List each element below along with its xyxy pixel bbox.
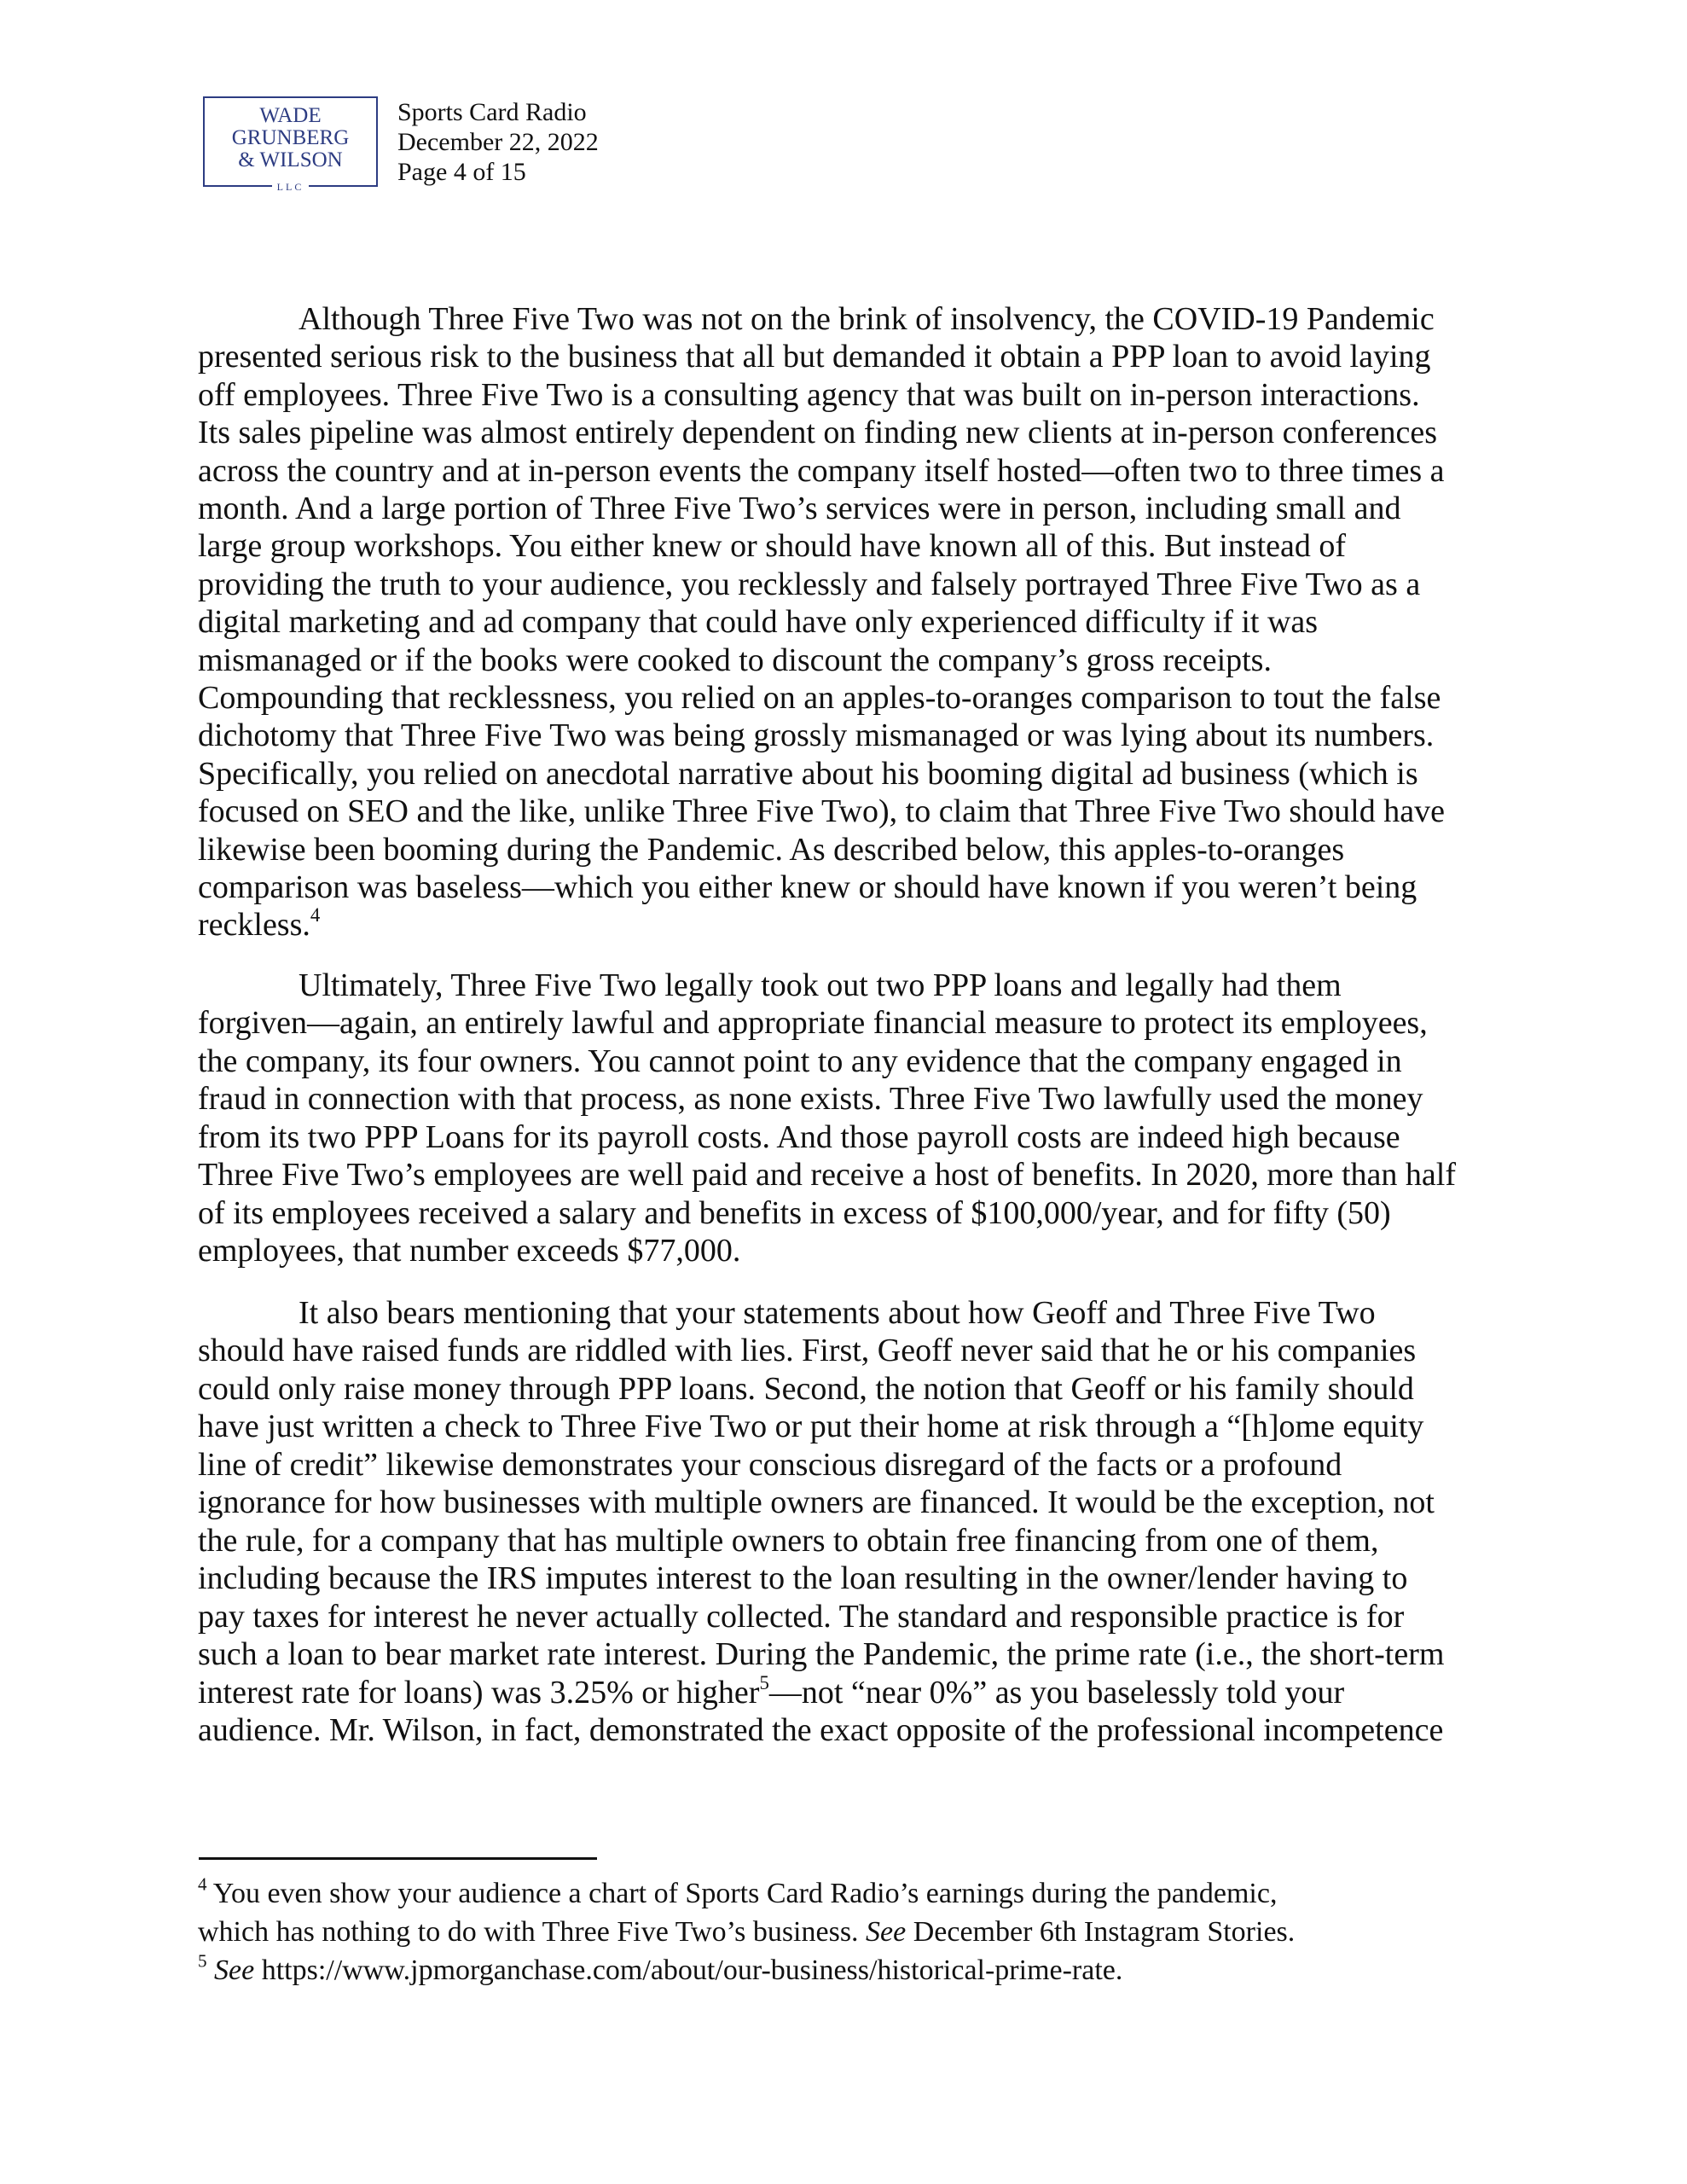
body-line: focused on SEO and the like, unlike Thre… — [198, 793, 1445, 830]
body-line: digital marketing and ad company that co… — [198, 603, 1318, 641]
body-line: from its two PPP Loans for its payroll c… — [198, 1118, 1400, 1156]
footnote-4: 4 You even show your audience a chart of… — [198, 1875, 1277, 1913]
footnote-url[interactable]: https://www.jpmorganchase.com/about/our-… — [254, 1955, 1122, 1986]
logo-line-wade: WADE — [205, 105, 376, 127]
body-line: Three Five Two’s employees are well paid… — [198, 1156, 1456, 1194]
footnote-signal: See — [214, 1955, 254, 1986]
body-line: forgiven—again, an entirely lawful and a… — [198, 1004, 1428, 1042]
body-line: across the country and at in-person even… — [198, 452, 1445, 490]
body-line: likewise been booming during the Pandemi… — [198, 831, 1344, 868]
body-line: could only raise money through PPP loans… — [198, 1370, 1414, 1408]
body-line-text: —not “near 0%” as you baselessly told yo… — [769, 1675, 1344, 1711]
body-line: It also bears mentioning that your state… — [299, 1294, 1376, 1332]
body-line: employees, that number exceeds $77,000. — [198, 1232, 740, 1269]
body-line: ignorance for how businesses with multip… — [198, 1484, 1435, 1521]
footnote-ref-5[interactable]: 5 — [759, 1672, 768, 1693]
footnote-text: You even show your audience a chart of S… — [213, 1878, 1278, 1909]
body-line: Ultimately, Three Five Two legally took … — [299, 967, 1342, 1004]
body-line: presented serious risk to the business t… — [198, 338, 1431, 375]
body-line: the company, its four owners. You cannot… — [198, 1043, 1402, 1080]
body-line: providing the truth to your audience, yo… — [198, 566, 1420, 603]
header-recipient: Sports Card Radio — [397, 97, 599, 127]
body-line: of its employees received a salary and b… — [198, 1194, 1391, 1232]
footnote-text: December 6th Instagram Stories. — [906, 1916, 1295, 1948]
footnote-4-continued: which has nothing to do with Three Five … — [198, 1914, 1295, 1951]
body-line: have just written a check to Three Five … — [198, 1408, 1423, 1445]
body-line: mismanaged or if the books were cooked t… — [198, 642, 1272, 679]
logo-line-wilson: & WILSON — [205, 149, 376, 171]
footnote-text: which has nothing to do with Three Five … — [198, 1916, 866, 1948]
footnote-separator — [199, 1857, 597, 1860]
body-line: the rule, for a company that has multipl… — [198, 1522, 1378, 1560]
body-line: including because the IRS imputes intere… — [198, 1560, 1407, 1597]
footnote-ref-4[interactable]: 4 — [310, 904, 320, 926]
body-line: Specifically, you relied on anecdotal na… — [198, 755, 1418, 793]
body-line: month. And a large portion of Three Five… — [198, 490, 1400, 527]
header-date: December 22, 2022 — [397, 127, 599, 157]
body-line: should have raised funds are riddled wit… — [198, 1332, 1416, 1369]
logo-llc-text: LLC — [272, 181, 310, 193]
body-line: Its sales pipeline was almost entirely d… — [198, 414, 1437, 451]
body-line: reckless.4 — [198, 906, 320, 944]
body-line: large group workshops. You either knew o… — [198, 527, 1346, 565]
body-line: such a loan to bear market rate interest… — [198, 1635, 1444, 1673]
page-header: Sports Card Radio December 22, 2022 Page… — [397, 97, 599, 187]
body-line: pay taxes for interest he never actually… — [198, 1598, 1404, 1635]
body-line: dichotomy that Three Five Two was being … — [198, 717, 1434, 754]
body-line: interest rate for loans) was 3.25% or hi… — [198, 1674, 1344, 1711]
body-line: audience. Mr. Wilson, in fact, demonstra… — [198, 1711, 1443, 1749]
body-line: off employees. Three Five Two is a consu… — [198, 376, 1420, 414]
body-line: comparison was baseless—which you either… — [198, 868, 1417, 906]
header-page-number: Page 4 of 15 — [397, 157, 599, 187]
logo-llc: LLC — [205, 181, 376, 194]
footnote-number: 5 — [198, 1950, 207, 1971]
body-line: Although Three Five Two was not on the b… — [299, 300, 1435, 338]
body-line-text: interest rate for loans) was 3.25% or hi… — [198, 1675, 759, 1711]
footnote-5: 5 See https://www.jpmorganchase.com/abou… — [198, 1952, 1122, 1989]
body-line: line of credit” likewise demonstrates yo… — [198, 1446, 1342, 1484]
footnote-signal: See — [866, 1916, 906, 1948]
logo-line-grunberg: GRUNBERG — [205, 127, 376, 149]
body-line: Compounding that recklessness, you relie… — [198, 679, 1441, 717]
body-line: fraud in connection with that process, a… — [198, 1080, 1423, 1118]
footnote-number: 4 — [198, 1873, 207, 1894]
body-line-text: reckless. — [198, 907, 310, 943]
firm-logo: WADE GRUNBERG & WILSON LLC — [203, 96, 378, 187]
